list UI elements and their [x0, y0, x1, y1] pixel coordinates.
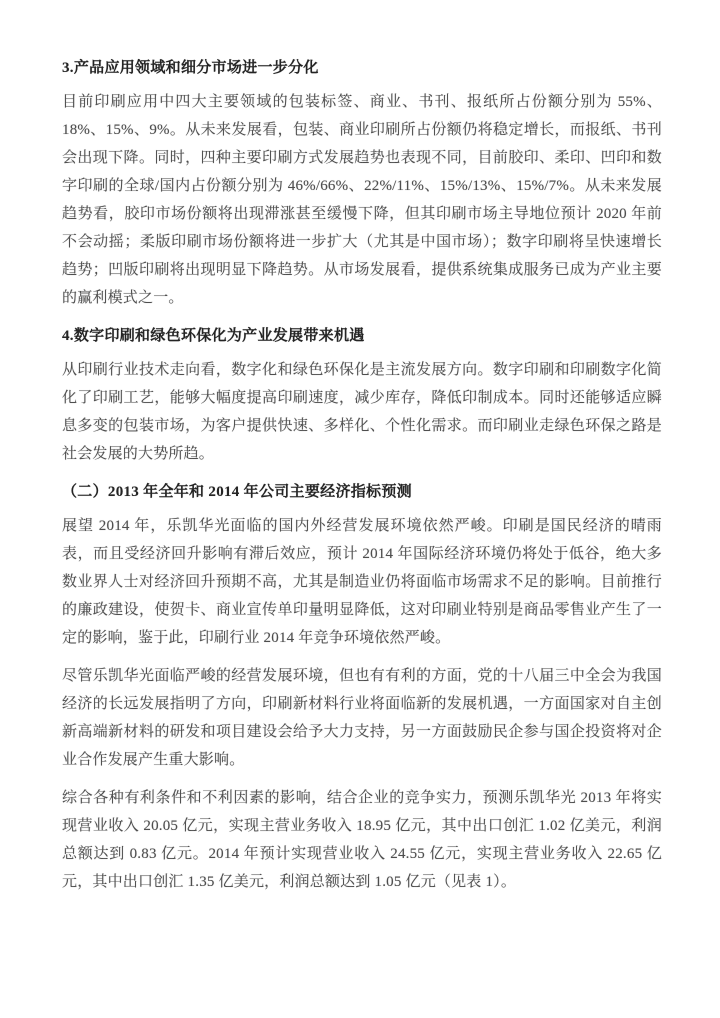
heading-product-segmentation: 3.产品应用领域和细分市场进一步分化 — [62, 54, 662, 82]
paragraph-2014-outlook: 展望 2014 年，乐凯华光面临的国内外经营发展环境依然严峻。印刷是国民经济的晴… — [62, 512, 662, 652]
paragraph-favorable-factors: 尽管乐凯华光面临严峻的经营发展环境，但也有有利的方面，党的十八届三中全会为我国经… — [62, 662, 662, 774]
heading-economic-indicator-forecast: （二）2013 年全年和 2014 年公司主要经济指标预测 — [62, 478, 662, 506]
heading-digital-green-opportunity: 4.数字印刷和绿色环保化为产业发展带来机遇 — [62, 322, 662, 350]
paragraph-revenue-profit-forecast: 综合各种有利条件和不利因素的影响，结合企业的竞争实力，预测乐凯华光 2013 年… — [62, 784, 662, 896]
paragraph-digital-green-trend: 从印刷行业技术走向看，数字化和绿色环保化是主流发展方向。数字印刷和印刷数字化简化… — [62, 356, 662, 468]
document-page: 3.产品应用领域和细分市场进一步分化 目前印刷应用中四大主要领域的包装标签、商业… — [0, 0, 720, 1018]
paragraph-print-market-share: 目前印刷应用中四大主要领域的包装标签、商业、书刊、报纸所占份额分别为 55%、1… — [62, 88, 662, 312]
